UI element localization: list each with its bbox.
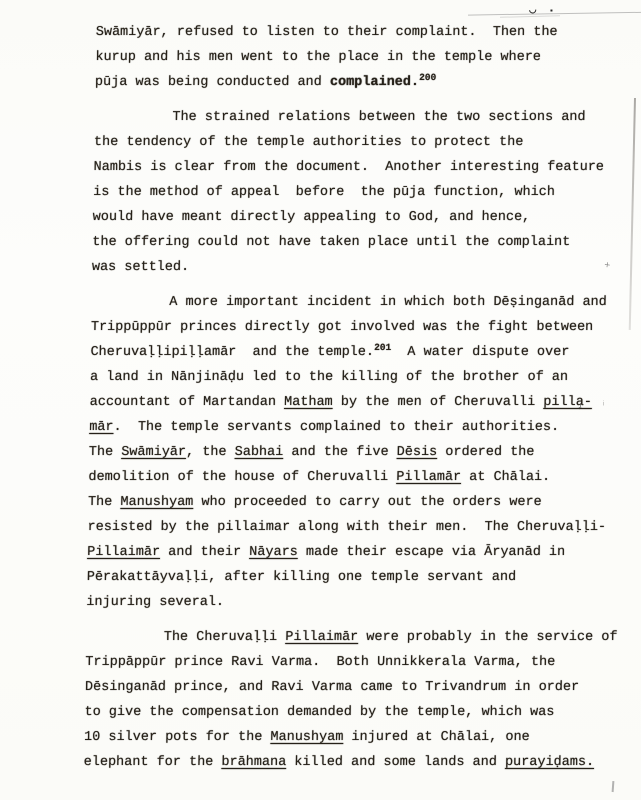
text-line: elephant for the brāhmana killed and som… — [83, 750, 613, 775]
scan-artifact-bottom-tick — [612, 781, 614, 792]
text-line: Pērakattāyvaḷḷi, after killing one templ… — [87, 565, 617, 590]
underlined-term: Swāmiyār — [121, 445, 186, 460]
text-segment: was settled. — [92, 260, 189, 275]
text-segment: , the — [186, 445, 235, 460]
text-line: demolition of the house of Cheruvalli Pi… — [88, 465, 618, 490]
text-segment: Dēsinganād prince, and Ravi Varma came t… — [85, 680, 579, 695]
text-segment: injured at Chālai, one — [343, 730, 530, 745]
text-segment: to give the compensation demanded by the… — [84, 705, 554, 720]
text-segment: A more important incident in which both … — [169, 295, 607, 310]
paragraph: Swāmiyār, refused to listen to their com… — [95, 20, 626, 95]
text-line: Pillaimār and their Nāyars made their es… — [87, 540, 617, 565]
text-segment: The — [88, 495, 121, 510]
underlined-term: purayiḍams. — [505, 755, 594, 770]
scan-artifact-corner-squiggle: ◡ — [528, 2, 537, 18]
underlined-term: brāhmana — [221, 755, 286, 770]
underlined-term: Manushyam — [120, 495, 193, 510]
text-segment: pūja was being conducted and — [95, 75, 330, 90]
text-segment: elephant for the — [84, 755, 222, 770]
text-segment: Pērakattāyvaḷḷi, after killing one templ… — [87, 570, 517, 585]
text-line: Nambis is clear from the document. Anoth… — [93, 155, 623, 180]
text-line: The Swāmiyār, the Sabhai and the five Dē… — [89, 440, 619, 465]
text-segment: Nambis is clear from the document. Anoth… — [93, 160, 604, 175]
text-line: Dēsinganād prince, and Ravi Varma came t… — [85, 675, 615, 700]
text-segment: The strained relations between the two s… — [172, 110, 585, 125]
text-line: The strained relations between the two s… — [94, 105, 624, 130]
text-line: to give the compensation demanded by the… — [84, 700, 614, 725]
text-segment: resisted by the pillaimar along with the… — [87, 520, 606, 535]
text-line: accountant of Martandan Matham by the me… — [89, 390, 619, 415]
text-line: Swāmiyār, refused to listen to their com… — [96, 20, 626, 45]
text-segment: a land in Nānjināḍu led to the killing o… — [90, 370, 568, 385]
paragraph: The strained relations between the two s… — [92, 105, 625, 280]
text-segment: 10 silver pots for the — [84, 730, 271, 745]
footnote-reference: 200 — [419, 72, 436, 83]
text-segment: The Cheruvaḷḷi — [164, 630, 286, 645]
text-line: the offering could not have taken place … — [92, 230, 622, 255]
text-segment: injuring several. — [86, 595, 224, 610]
text-segment: ordered the — [437, 445, 534, 460]
text-line: would have meant directly appealing to G… — [93, 205, 623, 230]
text-line: pūja was being conducted and complained.… — [95, 70, 625, 95]
text-segment: Cheruvaḷḷipiḷḷamār and the temple. — [90, 345, 374, 360]
text-segment: and the five — [283, 445, 397, 460]
text-segment: The — [89, 445, 122, 460]
document-text: Swāmiyār, refused to listen to their com… — [83, 20, 626, 775]
text-line: 10 silver pots for the Manushyam injured… — [84, 725, 614, 750]
text-segment: were probably in the service of — [358, 630, 617, 645]
text-segment: A water dispute over — [391, 345, 569, 360]
text-segment: accountant of Martandan — [90, 395, 285, 410]
text-segment: killed and some lands and — [286, 755, 505, 770]
text-segment: is the method of appeal before the pūja … — [93, 185, 555, 200]
text-segment: Trippāppūr prince Ravi Varma. Both Unnik… — [85, 655, 555, 670]
text-segment: and their — [160, 545, 249, 560]
text-segment: complained. — [330, 75, 419, 90]
text-segment: the offering could not have taken place … — [92, 235, 570, 250]
scan-artifact-page-edge-line — [629, 98, 636, 330]
underlined-term: Nāyars — [249, 545, 298, 560]
text-segment: who proceeded to carry out the orders we… — [193, 495, 542, 510]
text-line: injuring several. — [86, 590, 616, 615]
text-line: is the method of appeal before the pūja … — [93, 180, 623, 205]
text-line: Trippūppūr princes directly got involved… — [91, 315, 621, 340]
text-segment: . The temple servants complained to thei… — [113, 420, 559, 435]
text-segment: the tendency of the temple authorities t… — [94, 135, 524, 150]
scanned-document-page: ◡ ▪ ↓ ᵢ + Swāmiyār, refused to listen to… — [0, 0, 641, 800]
text-segment: Swāmiyār, refused to listen to their com… — [96, 25, 558, 40]
text-line: The Cheruvaḷḷi Pillaimār were probably i… — [86, 625, 616, 650]
underlined-term: pilla- — [543, 395, 592, 410]
text-line: was settled. — [92, 255, 622, 280]
underlined-term: Pillaimār — [285, 630, 358, 645]
text-line: the tendency of the temple authorities t… — [94, 130, 624, 155]
underlined-term: Dēsis — [397, 445, 438, 460]
text-line: A more important incident in which both … — [91, 290, 621, 315]
underlined-term: Pillamār — [396, 470, 461, 485]
text-line: kurup and his men went to the place in t… — [95, 45, 625, 70]
text-segment: by the men of Cheruvalli — [333, 395, 544, 410]
paragraph: The Cheruvaḷḷi Pillaimār were probably i… — [83, 625, 615, 775]
text-segment: made their escape via Āryanād in — [298, 545, 566, 560]
paragraph: A more important incident in which both … — [86, 290, 621, 615]
underlined-term: Matham — [284, 395, 333, 410]
text-line: Cheruvaḷḷipiḷḷamār and the temple.201 A … — [90, 340, 620, 365]
text-line: a land in Nānjināḍu led to the killing o… — [90, 365, 620, 390]
text-segment: demolition of the house of Cheruvalli — [88, 470, 396, 485]
underlined-term: Manushyam — [270, 730, 343, 745]
scan-artifact-ink-blot: ▪ — [549, 7, 554, 16]
text-line: resisted by the pillaimar along with the… — [87, 515, 617, 540]
text-line: mār. The temple servants complained to t… — [89, 415, 619, 440]
footnote-reference: 201 — [374, 342, 391, 353]
text-segment: at Chālai. — [461, 470, 550, 485]
underlined-term: mār — [89, 420, 114, 435]
text-segment: Trippūppūr princes directly got involved… — [91, 320, 594, 335]
text-segment: kurup and his men went to the place in t… — [95, 50, 541, 65]
text-line: Trippāppūr prince Ravi Varma. Both Unnik… — [85, 650, 615, 675]
underlined-term: Sabhai — [235, 445, 284, 460]
text-line: The Manushyam who proceeded to carry out… — [88, 490, 618, 515]
text-segment: would have meant directly appealing to G… — [93, 210, 531, 225]
underlined-term: Pillaimār — [87, 545, 160, 560]
